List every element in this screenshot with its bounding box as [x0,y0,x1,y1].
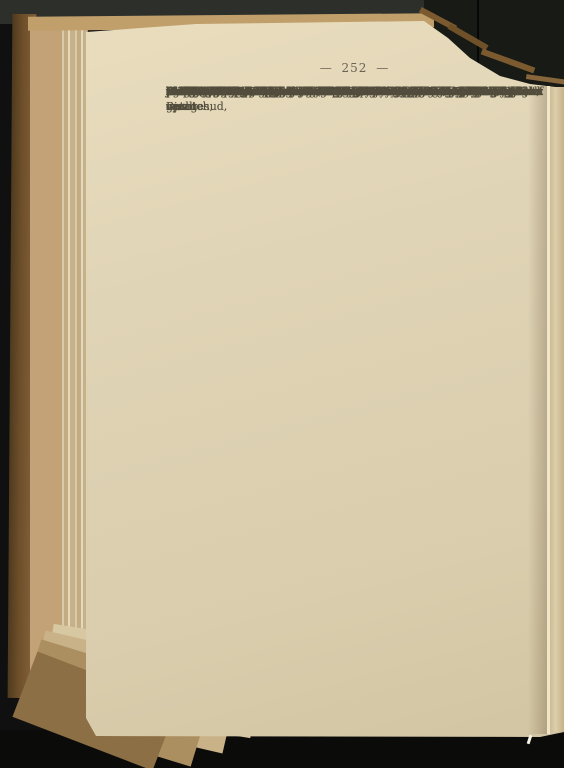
text-line: se Fig, 1, a—c). Gjennem hele Jernaldere… [166,85,499,100]
page-block-edge [30,18,64,708]
body-text: Fra Lensmand Lem i Sogndal er indkommet … [166,85,543,685]
gutter-page-edge [550,87,564,732]
page-edge-stripes [62,20,88,708]
page-number: — 252 — [166,61,543,77]
book-scan-photo: — 252 — Fra Lensmand Lem i Sogndal er in… [0,0,564,768]
background-crease [477,0,479,64]
